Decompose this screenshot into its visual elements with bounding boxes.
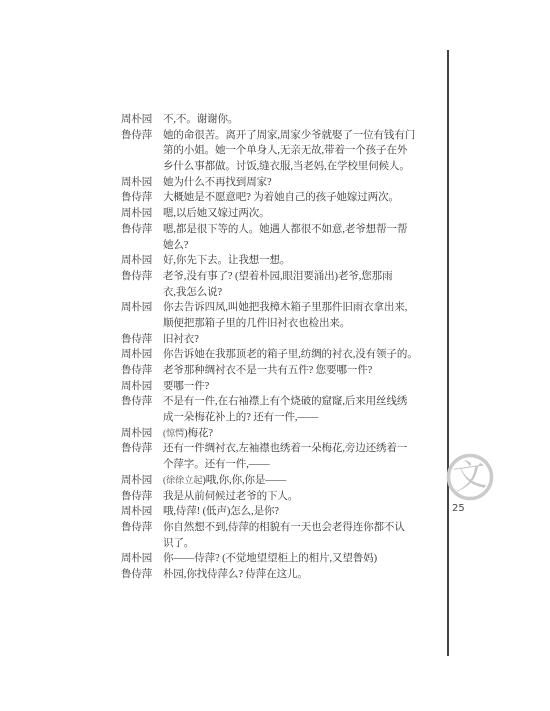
dialogue-text: (惊愕)梅花? [163, 426, 441, 442]
speaker-name [121, 159, 163, 175]
dialogue-line: 周朴园好,你先下去。让我想一想。 [121, 253, 441, 269]
stage-direction: (惊愕 [163, 428, 184, 438]
speaker-name [121, 410, 163, 426]
stage-direction: (徐徐立起 [163, 475, 202, 485]
dialogue-text: 第的小姐。她一个单身人,无亲无故,带着一个孩子在外 [163, 143, 441, 159]
speaker-name: 周朴园 [121, 473, 163, 489]
dialogue-line: 周朴园嗯,以后她又嫁过两次。 [121, 206, 441, 222]
speaker-name: 周朴园 [121, 206, 163, 222]
speaker-name [121, 143, 163, 159]
watermark-glyph: 文 [451, 456, 489, 497]
dialogue-line: 鲁侍萍还有一件绸衬衣,左袖襟也绣着一朵梅花,旁边还绣着一 [121, 441, 441, 457]
speaker-name: 周朴园 [121, 347, 163, 363]
speaker-name: 周朴园 [121, 253, 163, 269]
dialogue-line: 鲁侍萍大概她是不愿意吧? 为着她自己的孩子她嫁过两次。 [121, 190, 441, 206]
dialogue-line: 周朴园你——侍萍? (不觉地望望柜上的相片,又望鲁妈) [121, 551, 441, 567]
dialogue-block: 周朴园不,不。谢谢你。鲁侍萍她的命很苦。离开了周家,周家少爷就娶了一位有钱有门第… [121, 112, 441, 583]
dialogue-text: 不是有一件,在右袖襟上有个烧破的窟窿,后来用丝线绣 [163, 394, 441, 410]
dialogue-text: 个萍字。还有一件,—— [163, 457, 441, 473]
dialogue-text: 嗯,以后她又嫁过两次。 [163, 206, 441, 222]
speaker-name: 鲁侍萍 [121, 128, 163, 144]
speaker-name: 鲁侍萍 [121, 441, 163, 457]
speaker-name: 周朴园 [121, 426, 163, 442]
dialogue-text: 她为什么不再找到周家? [163, 175, 441, 191]
dialogue-text: 我是从前伺候过老爷的下人。 [163, 489, 441, 505]
speaker-name: 鲁侍萍 [121, 520, 163, 536]
margin-rule-divider [447, 50, 449, 656]
dialogue-text: 哦,侍萍! (低声)怎么,是你? [163, 504, 441, 520]
page-number: 25 [452, 503, 465, 514]
dialogue-text: 好,你先下去。让我想一想。 [163, 253, 441, 269]
dialogue-line: 鲁侍萍不是有一件,在右袖襟上有个烧破的窟窿,后来用丝线绣 [121, 394, 441, 410]
dialogue-text: 衣,我怎么说? [163, 285, 441, 301]
dialogue-line: 鲁侍萍我是从前伺候过老爷的下人。 [121, 489, 441, 505]
dialogue-line: 鲁侍萍你自然想不到,侍萍的相貌有一天也会老得连你都不认 [121, 520, 441, 536]
speaker-name [121, 285, 163, 301]
speaker-name [121, 457, 163, 473]
dialogue-line: 周朴园她为什么不再找到周家? [121, 175, 441, 191]
book-page: 周朴园不,不。谢谢你。鲁侍萍她的命很苦。离开了周家,周家少爷就娶了一位有钱有门第… [0, 0, 550, 711]
dialogue-line: 鲁侍萍旧衬衣? [121, 332, 441, 348]
dialogue-line: 周朴园要哪一件? [121, 379, 441, 395]
speaker-name: 鲁侍萍 [121, 394, 163, 410]
dialogue-line: 周朴园不,不。谢谢你。 [121, 112, 441, 128]
dialogue-text: 老爷,没有事了? (望着朴园,眼泪要涌出)老爷,您那雨 [163, 269, 441, 285]
dialogue-text: 旧衬衣? [163, 332, 441, 348]
dialogue-text: 她的命很苦。离开了周家,周家少爷就娶了一位有钱有门 [163, 128, 441, 144]
speaker-name: 鲁侍萍 [121, 567, 163, 583]
dialogue-line: 鲁侍萍老爷,没有事了? (望着朴园,眼泪要涌出)老爷,您那雨 [121, 269, 441, 285]
speaker-name: 周朴园 [121, 551, 163, 567]
dialogue-line: 周朴园(惊愕)梅花? [121, 426, 441, 442]
dialogue-text: 你去告诉四凤,叫她把我樟木箱子里那件旧雨衣拿出来, [163, 300, 441, 316]
dialogue-text: 还有一件绸衬衣,左袖襟也绣着一朵梅花,旁边还绣着一 [163, 441, 441, 457]
speaker-name: 周朴园 [121, 300, 163, 316]
dialogue-line: 周朴园哦,侍萍! (低声)怎么,是你? [121, 504, 441, 520]
speaker-name [121, 238, 163, 254]
dialogue-text: 她么? [163, 238, 441, 254]
dialogue-line: 第的小姐。她一个单身人,无亲无故,带着一个孩子在外 [121, 143, 441, 159]
speaker-name: 鲁侍萍 [121, 332, 163, 348]
dialogue-line: 她么? [121, 238, 441, 254]
dialogue-line: 识了。 [121, 536, 441, 552]
dialogue-text: 你自然想不到,侍萍的相貌有一天也会老得连你都不认 [163, 520, 441, 536]
dialogue-text: (徐徐立起)哦,你,你,你是—— [163, 473, 441, 489]
dialogue-text: 要哪一件? [163, 379, 441, 395]
dialogue-text: 顺便把那箱子里的几件旧衬衣也检出来。 [163, 316, 441, 332]
speaker-name: 周朴园 [121, 504, 163, 520]
dialogue-line: 周朴园你去告诉四凤,叫她把我樟木箱子里那件旧雨衣拿出来, [121, 300, 441, 316]
speaker-name: 周朴园 [121, 379, 163, 395]
dialogue-line: 顺便把那箱子里的几件旧衬衣也检出来。 [121, 316, 441, 332]
dialogue-line: 乡什么事都做。讨饭,缝衣服,当老妈,在学校里伺候人。 [121, 159, 441, 175]
publisher-watermark-icon: 文 [445, 452, 495, 502]
dialogue-line: 周朴园(徐徐立起)哦,你,你,你是—— [121, 473, 441, 489]
dialogue-text: 嗯,都是很下等的人。她遇人都很不如意,老爷想帮一帮 [163, 222, 441, 238]
dialogue-line: 鲁侍萍朴园,你找侍萍么? 侍萍在这儿。 [121, 567, 441, 583]
speaker-name: 鲁侍萍 [121, 363, 163, 379]
dialogue-line: 鲁侍萍她的命很苦。离开了周家,周家少爷就娶了一位有钱有门 [121, 128, 441, 144]
dialogue-text: 你——侍萍? (不觉地望望柜上的相片,又望鲁妈) [163, 551, 441, 567]
dialogue-line: 鲁侍萍嗯,都是很下等的人。她遇人都很不如意,老爷想帮一帮 [121, 222, 441, 238]
dialogue-text: 乡什么事都做。讨饭,缝衣服,当老妈,在学校里伺候人。 [163, 159, 441, 175]
speaker-name: 鲁侍萍 [121, 489, 163, 505]
dialogue-line: 衣,我怎么说? [121, 285, 441, 301]
dialogue-line: 周朴园你告诉她在我那顶老的箱子里,纺绸的衬衣,没有领子的。 [121, 347, 441, 363]
speaker-name [121, 316, 163, 332]
dialogue-line: 鲁侍萍老爷那种绸衬衣不是一共有五件? 您要哪一件? [121, 363, 441, 379]
dialogue-line: 个萍字。还有一件,—— [121, 457, 441, 473]
speaker-name: 周朴园 [121, 112, 163, 128]
dialogue-text: 朴园,你找侍萍么? 侍萍在这儿。 [163, 567, 441, 583]
dialogue-text: 老爷那种绸衬衣不是一共有五件? 您要哪一件? [163, 363, 441, 379]
speaker-name: 鲁侍萍 [121, 269, 163, 285]
speaker-name [121, 536, 163, 552]
dialogue-text: 大概她是不愿意吧? 为着她自己的孩子她嫁过两次。 [163, 190, 441, 206]
speaker-name: 周朴园 [121, 175, 163, 191]
speaker-name: 鲁侍萍 [121, 190, 163, 206]
dialogue-text: 不,不。谢谢你。 [163, 112, 441, 128]
dialogue-text: 成一朵梅花补上的? 还有一件,—— [163, 410, 441, 426]
dialogue-text: 识了。 [163, 536, 441, 552]
dialogue-text: 你告诉她在我那顶老的箱子里,纺绸的衬衣,没有领子的。 [163, 347, 441, 363]
speaker-name: 鲁侍萍 [121, 222, 163, 238]
dialogue-line: 成一朵梅花补上的? 还有一件,—— [121, 410, 441, 426]
